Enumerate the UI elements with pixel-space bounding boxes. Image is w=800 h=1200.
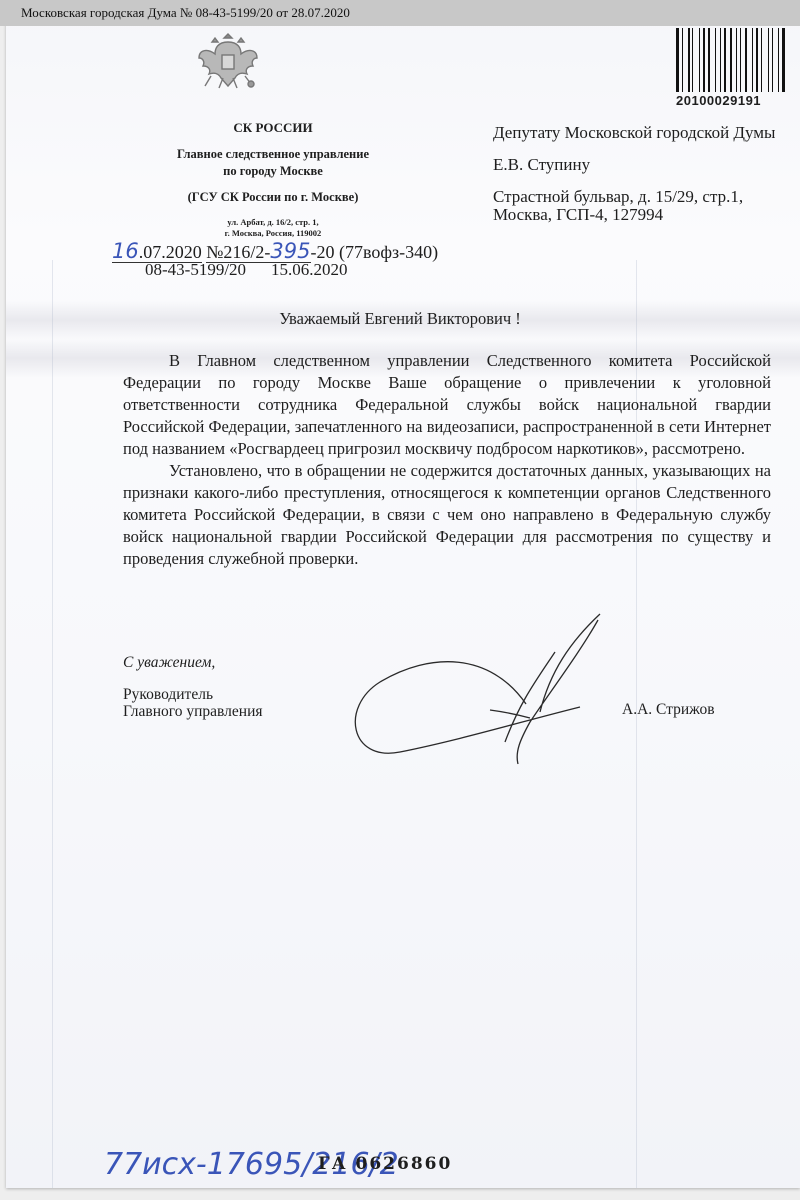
recipient-block: Депутату Московской городской Думы Е.В. … bbox=[493, 124, 793, 238]
sender-org-line2: по городу Москве bbox=[108, 163, 438, 180]
sender-org-short: СК РОССИИ bbox=[108, 120, 438, 136]
barcode-icon bbox=[676, 28, 788, 92]
letter-body: В Главном следственном управлении Следст… bbox=[123, 350, 771, 570]
barcode-number: 20100029191 bbox=[676, 93, 796, 108]
sender-block: СК РОССИИ Главное следственное управлени… bbox=[108, 120, 438, 239]
body-paragraph: Установлено, что в обращении не содержит… bbox=[123, 460, 771, 570]
form-serial-number: ГА 0626860 bbox=[318, 1154, 452, 1174]
reference-date: 15.06.2020 bbox=[271, 260, 348, 279]
handwritten-day: 16 bbox=[112, 239, 139, 263]
body-paragraph: В Главном следственном управлении Следст… bbox=[123, 350, 771, 460]
signature-icon bbox=[330, 612, 610, 772]
reference-number: 08-43-5199/20 bbox=[145, 260, 246, 279]
recipient-address: Страстной бульвар, д. 15/29, стр.1, Моск… bbox=[493, 188, 793, 224]
registration-number-suffix: -20 (77вофз-340) bbox=[311, 242, 439, 262]
signer-position-line2: Главного управления bbox=[123, 703, 263, 720]
sender-address-line2: г. Москва, Россия, 119002 bbox=[108, 228, 438, 239]
registration-number-prefix: №216/2- bbox=[206, 242, 270, 262]
sender-org-line1: Главное следственное управление bbox=[108, 146, 438, 163]
signer-position-line1: Руководитель bbox=[123, 686, 263, 703]
document-header-bar: Московская городская Дума № 08-43-5199/2… bbox=[0, 0, 800, 26]
signer-name: А.А. Стрижов bbox=[622, 701, 715, 719]
greeting: Уважаемый Евгений Викторович ! bbox=[0, 309, 800, 329]
sender-org-abbr: (ГСУ СК России по г. Москве) bbox=[108, 190, 438, 205]
recipient-title: Депутату Московской городской Думы bbox=[493, 124, 793, 142]
closing: С уважением, bbox=[123, 654, 215, 672]
document-title: Московская городская Дума № 08-43-5199/2… bbox=[21, 5, 350, 21]
sender-address-line1: ул. Арбат, д. 16/2, стр. 1, bbox=[108, 217, 438, 228]
reference-line: 08-43-5199/20 15.06.2020 bbox=[145, 260, 348, 280]
signer-position: Руководитель Главного управления bbox=[123, 686, 263, 720]
registration-date: .07.2020 bbox=[139, 242, 202, 262]
recipient-name: Е.В. Ступину bbox=[493, 156, 793, 174]
russian-coat-of-arms-icon bbox=[193, 28, 263, 94]
